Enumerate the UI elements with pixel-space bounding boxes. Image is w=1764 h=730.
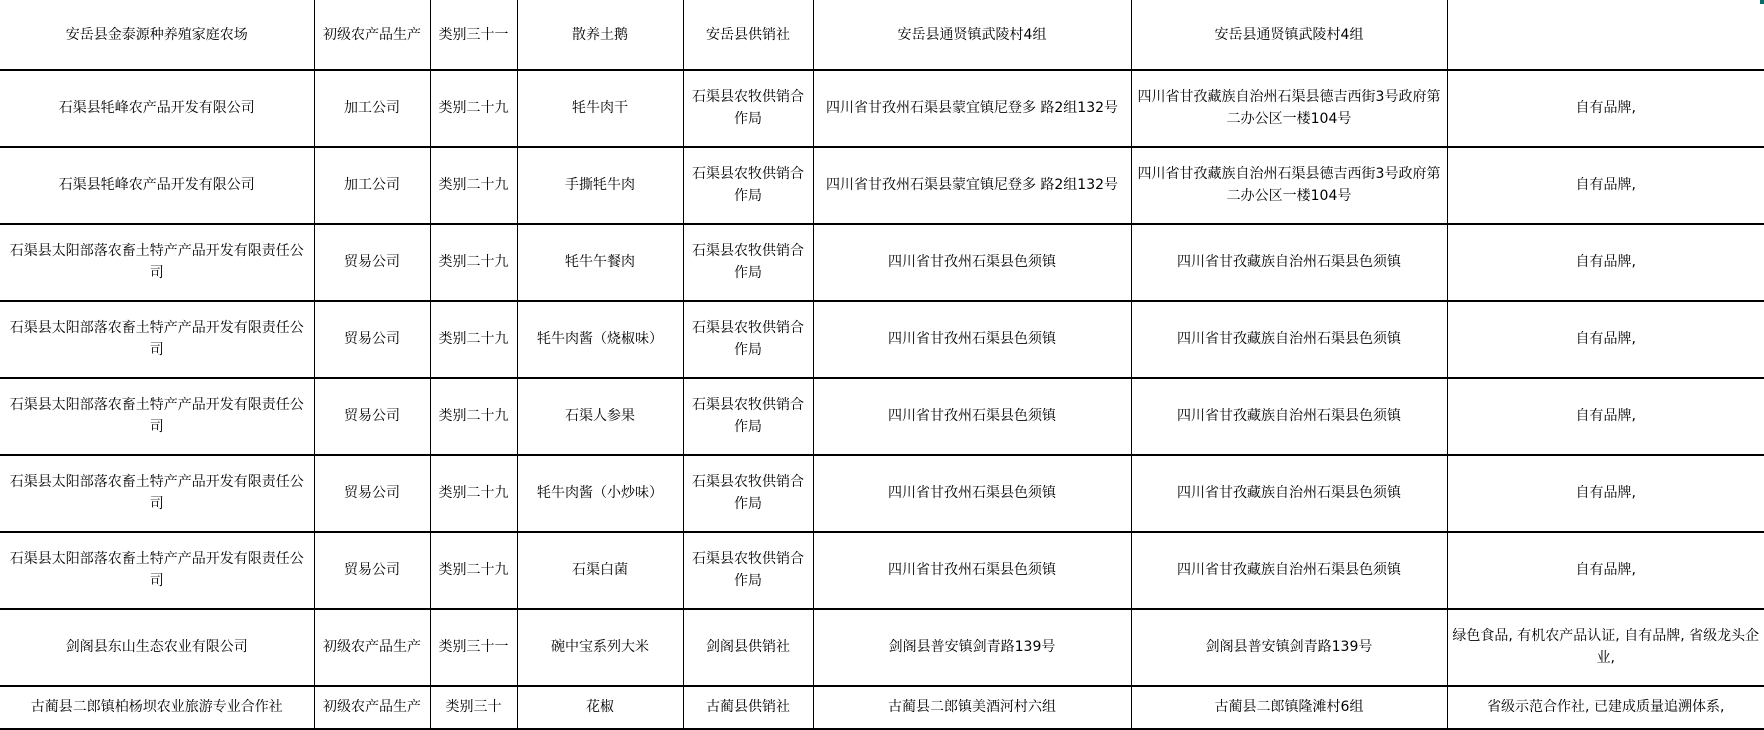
table-row: 石渠县太阳部落农畜土特产产品开发有限责任公司 贸易公司 类别二十九 石渠人参果 … bbox=[0, 378, 1764, 455]
cell-organization: 石渠县农牧供销合作局 bbox=[683, 224, 813, 301]
cell-address-1: 四川省甘孜州石渠县色须镇 bbox=[813, 378, 1131, 455]
table-page: 安岳县金泰源种养殖家庭农场 初级农产品生产 类别三十一 散养土鹅 安岳县供销社 … bbox=[0, 0, 1764, 730]
cell-address-2: 剑阁县普安镇剑青路139号 bbox=[1131, 609, 1447, 686]
cell-product: 石渠白菌 bbox=[517, 532, 683, 609]
cell-category: 类别二十九 bbox=[430, 455, 517, 532]
table-row: 石渠县牦峰农产品开发有限公司 加工公司 类别二十九 牦牛肉干 石渠县农牧供销合作… bbox=[0, 70, 1764, 147]
cell-organization: 石渠县农牧供销合作局 bbox=[683, 378, 813, 455]
cell-address-1: 四川省甘孜州石渠县蒙宜镇尼登多 路2组132号 bbox=[813, 147, 1131, 224]
table-row: 石渠县太阳部落农畜土特产产品开发有限责任公司 贸易公司 类别二十九 石渠白菌 石… bbox=[0, 532, 1764, 609]
cell-product: 散养土鹅 bbox=[517, 0, 683, 70]
cell-brands: 省级示范合作社, 已建成质量追溯体系, bbox=[1447, 686, 1764, 729]
cell-product: 牦牛午餐肉 bbox=[517, 224, 683, 301]
cell-company: 石渠县牦峰农产品开发有限公司 bbox=[0, 70, 314, 147]
cell-address-1: 四川省甘孜州石渠县色须镇 bbox=[813, 224, 1131, 301]
cell-address-2: 四川省甘孜藏族自治州石渠县德吉西街3号政府第二办公区一楼104号 bbox=[1131, 70, 1447, 147]
cell-product: 手撕牦牛肉 bbox=[517, 147, 683, 224]
cell-address-1: 古蔺县二郎镇美酒河村六组 bbox=[813, 686, 1131, 729]
cell-producer-type: 加工公司 bbox=[314, 70, 430, 147]
cell-brands: 自有品牌, bbox=[1447, 455, 1764, 532]
cell-address-2: 安岳县通贤镇武陵村4组 bbox=[1131, 0, 1447, 70]
cell-address-2: 四川省甘孜藏族自治州石渠县色须镇 bbox=[1131, 301, 1447, 378]
cell-company: 石渠县太阳部落农畜土特产产品开发有限责任公司 bbox=[0, 301, 314, 378]
cell-organization: 安岳县供销社 bbox=[683, 0, 813, 70]
cell-address-2: 四川省甘孜藏族自治州石渠县色须镇 bbox=[1131, 532, 1447, 609]
cell-organization: 石渠县农牧供销合作局 bbox=[683, 455, 813, 532]
cell-brands: 自有品牌, bbox=[1447, 70, 1764, 147]
table-row: 安岳县金泰源种养殖家庭农场 初级农产品生产 类别三十一 散养土鹅 安岳县供销社 … bbox=[0, 0, 1764, 70]
cell-address-1: 四川省甘孜州石渠县蒙宜镇尼登多 路2组132号 bbox=[813, 70, 1131, 147]
cell-address-2: 四川省甘孜藏族自治州石渠县色须镇 bbox=[1131, 224, 1447, 301]
cell-producer-type: 初级农产品生产 bbox=[314, 0, 430, 70]
cell-brands: 自有品牌, bbox=[1447, 224, 1764, 301]
cell-brands: 自有品牌, bbox=[1447, 378, 1764, 455]
cell-producer-type: 初级农产品生产 bbox=[314, 609, 430, 686]
cell-category: 类别二十九 bbox=[430, 70, 517, 147]
cell-product: 石渠人参果 bbox=[517, 378, 683, 455]
cell-brands: 自有品牌, bbox=[1447, 532, 1764, 609]
cell-address-1: 剑阁县普安镇剑青路139号 bbox=[813, 609, 1131, 686]
cell-brands: 自有品牌, bbox=[1447, 147, 1764, 224]
cell-brands: 自有品牌, bbox=[1447, 301, 1764, 378]
cell-company: 安岳县金泰源种养殖家庭农场 bbox=[0, 0, 314, 70]
cell-product: 花椒 bbox=[517, 686, 683, 729]
cell-address-1: 四川省甘孜州石渠县色须镇 bbox=[813, 532, 1131, 609]
cell-brands bbox=[1447, 0, 1764, 70]
cell-producer-type: 贸易公司 bbox=[314, 532, 430, 609]
corner-artifact-dot bbox=[1760, 0, 1764, 4]
cell-producer-type: 初级农产品生产 bbox=[314, 686, 430, 729]
cell-company: 石渠县太阳部落农畜土特产产品开发有限责任公司 bbox=[0, 455, 314, 532]
table-row: 古蔺县二郎镇柏杨坝农业旅游专业合作社 初级农产品生产 类别三十 花椒 古蔺县供销… bbox=[0, 686, 1764, 729]
cell-organization: 剑阁县供销社 bbox=[683, 609, 813, 686]
table-row: 剑阁县东山生态农业有限公司 初级农产品生产 类别三十一 碗中宝系列大米 剑阁县供… bbox=[0, 609, 1764, 686]
cell-company: 石渠县太阳部落农畜土特产产品开发有限责任公司 bbox=[0, 224, 314, 301]
cell-product: 牦牛肉干 bbox=[517, 70, 683, 147]
table-row: 石渠县太阳部落农畜土特产产品开发有限责任公司 贸易公司 类别二十九 牦牛肉酱（烧… bbox=[0, 301, 1764, 378]
cell-organization: 石渠县农牧供销合作局 bbox=[683, 301, 813, 378]
cell-address-2: 四川省甘孜藏族自治州石渠县色须镇 bbox=[1131, 455, 1447, 532]
cell-company: 石渠县太阳部落农畜土特产产品开发有限责任公司 bbox=[0, 532, 314, 609]
table-row: 石渠县牦峰农产品开发有限公司 加工公司 类别二十九 手撕牦牛肉 石渠县农牧供销合… bbox=[0, 147, 1764, 224]
cell-category: 类别三十一 bbox=[430, 609, 517, 686]
cell-organization: 石渠县农牧供销合作局 bbox=[683, 70, 813, 147]
cell-category: 类别三十一 bbox=[430, 0, 517, 70]
cell-address-1: 四川省甘孜州石渠县色须镇 bbox=[813, 455, 1131, 532]
cell-company: 石渠县牦峰农产品开发有限公司 bbox=[0, 147, 314, 224]
table-row: 石渠县太阳部落农畜土特产产品开发有限责任公司 贸易公司 类别二十九 牦牛肉酱（小… bbox=[0, 455, 1764, 532]
cell-category: 类别二十九 bbox=[430, 378, 517, 455]
cell-category: 类别二十九 bbox=[430, 301, 517, 378]
products-table: 安岳县金泰源种养殖家庭农场 初级农产品生产 类别三十一 散养土鹅 安岳县供销社 … bbox=[0, 0, 1764, 730]
cell-organization: 石渠县农牧供销合作局 bbox=[683, 532, 813, 609]
cell-address-2: 古蔺县二郎镇隆滩村6组 bbox=[1131, 686, 1447, 729]
cell-brands: 绿色食品, 有机农产品认证, 自有品牌, 省级龙头企业, bbox=[1447, 609, 1764, 686]
cell-producer-type: 加工公司 bbox=[314, 147, 430, 224]
cell-company: 剑阁县东山生态农业有限公司 bbox=[0, 609, 314, 686]
cell-address-1: 安岳县通贤镇武陵村4组 bbox=[813, 0, 1131, 70]
cell-address-2: 四川省甘孜藏族自治州石渠县德吉西街3号政府第二办公区一楼104号 bbox=[1131, 147, 1447, 224]
table-row: 石渠县太阳部落农畜土特产产品开发有限责任公司 贸易公司 类别二十九 牦牛午餐肉 … bbox=[0, 224, 1764, 301]
cell-product: 牦牛肉酱（小炒味） bbox=[517, 455, 683, 532]
cell-organization: 古蔺县供销社 bbox=[683, 686, 813, 729]
cell-category: 类别三十 bbox=[430, 686, 517, 729]
cell-organization: 石渠县农牧供销合作局 bbox=[683, 147, 813, 224]
cell-company: 石渠县太阳部落农畜土特产产品开发有限责任公司 bbox=[0, 378, 314, 455]
cell-category: 类别二十九 bbox=[430, 147, 517, 224]
cell-company: 古蔺县二郎镇柏杨坝农业旅游专业合作社 bbox=[0, 686, 314, 729]
cell-producer-type: 贸易公司 bbox=[314, 378, 430, 455]
cell-category: 类别二十九 bbox=[430, 532, 517, 609]
cell-product: 牦牛肉酱（烧椒味） bbox=[517, 301, 683, 378]
cell-address-1: 四川省甘孜州石渠县色须镇 bbox=[813, 301, 1131, 378]
cell-address-2: 四川省甘孜藏族自治州石渠县色须镇 bbox=[1131, 378, 1447, 455]
cell-product: 碗中宝系列大米 bbox=[517, 609, 683, 686]
cell-producer-type: 贸易公司 bbox=[314, 301, 430, 378]
cell-producer-type: 贸易公司 bbox=[314, 224, 430, 301]
cell-category: 类别二十九 bbox=[430, 224, 517, 301]
cell-producer-type: 贸易公司 bbox=[314, 455, 430, 532]
